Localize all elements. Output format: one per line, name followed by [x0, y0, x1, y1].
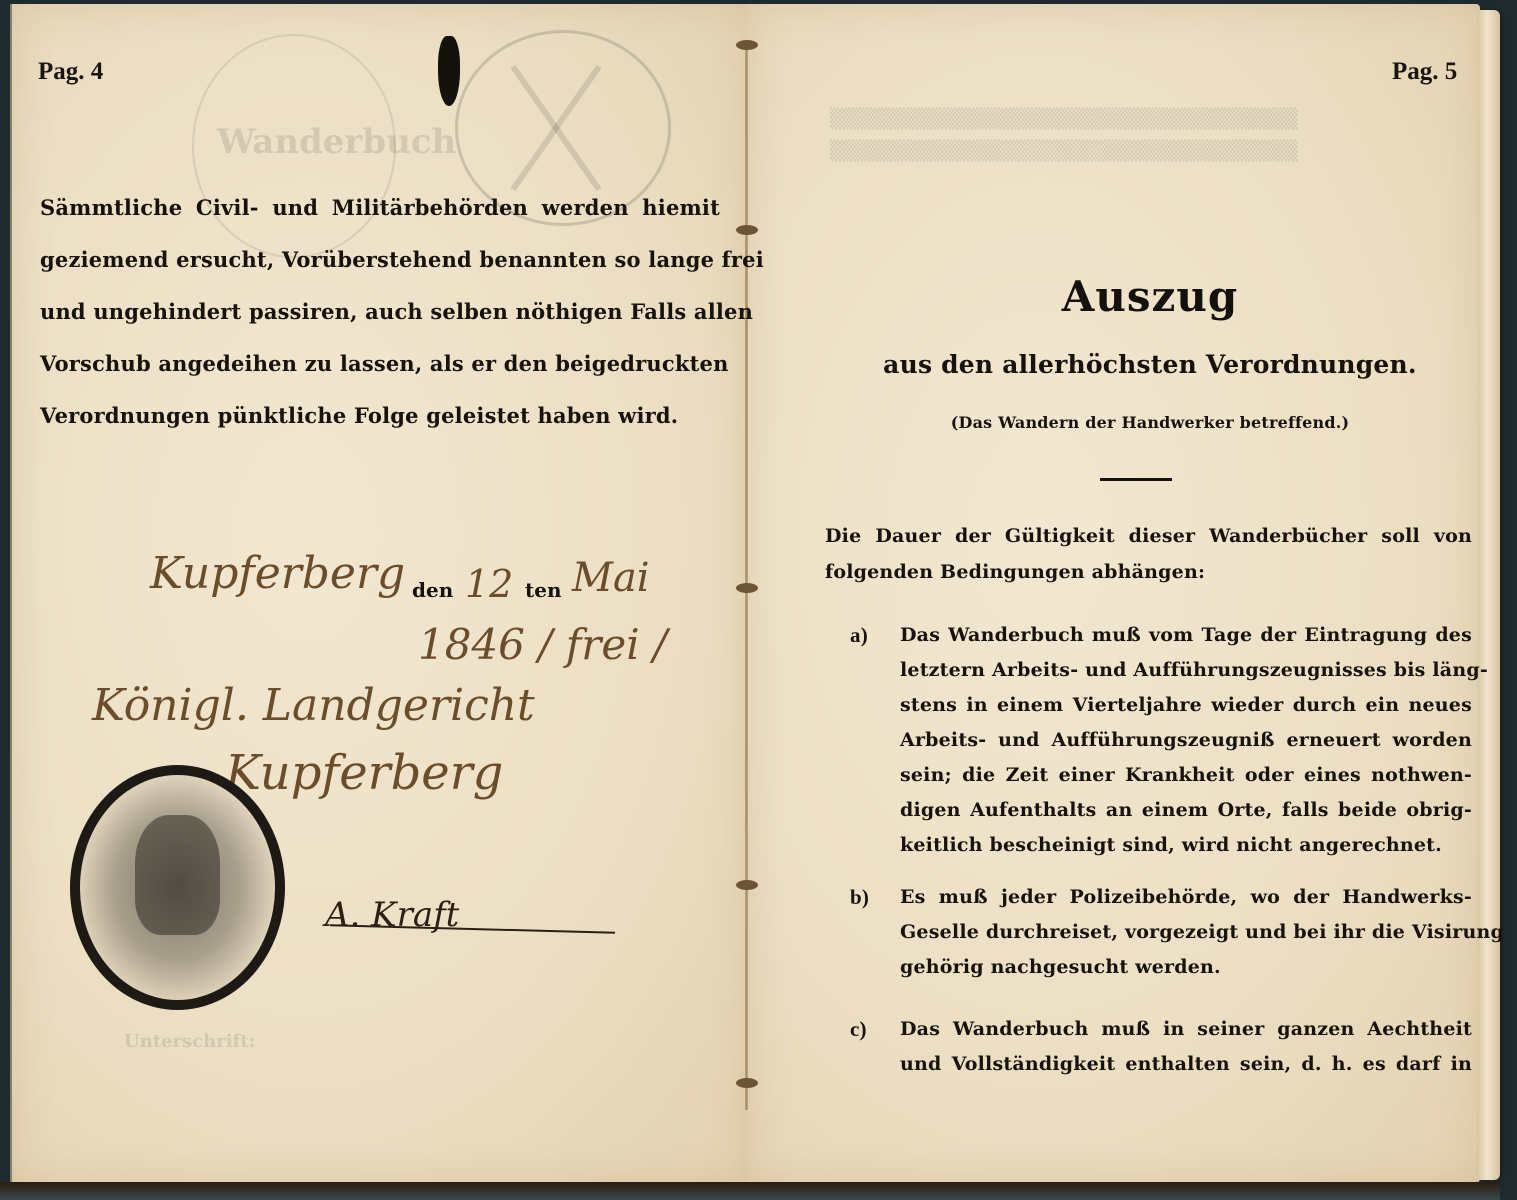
item-line: gehörig nachgesucht werden. — [900, 950, 1472, 985]
item-line: Es muß jeder Polizeibehörde, wo der Hand… — [900, 880, 1472, 915]
right-page — [747, 4, 1480, 1184]
page-number-left: Pag. 4 — [38, 58, 103, 86]
open-book-spread: Wanderbuch Unterschrift: Pag. 4 Sämmtlic… — [0, 0, 1517, 1200]
show-through-line: ▒▒▒▒▒▒▒▒▒▒▒▒▒▒▒▒▒▒▒▒▒▒▒▒▒▒▒▒▒▒▒▒ — [830, 108, 1298, 130]
item-line: letztern Arbeits- und Aufführungszeugnis… — [900, 653, 1472, 688]
show-through-text-bottom: Unterschrift: — [124, 1031, 255, 1052]
show-through-text-top: Wanderbuch — [217, 122, 456, 162]
item-line: digen Aufenthalts an einem Orte, falls b… — [900, 793, 1472, 828]
page-number-right: Pag. 5 — [1392, 58, 1457, 86]
item-line: Das Wanderbuch muß in seiner ganzen Aech… — [900, 1012, 1472, 1047]
handwritten-authority: Königl. Landgericht — [92, 680, 535, 731]
printed-den: den — [412, 578, 453, 602]
binding-stitch — [736, 1078, 758, 1088]
item-line: keitlich bescheinigt sind, wird nicht an… — [900, 828, 1472, 863]
handwritten-place: Kupferberg — [150, 548, 405, 599]
handwritten-authority-place: Kupferberg — [225, 745, 503, 801]
regulation-item-c: c) Das Wanderbuch muß in seiner ganzen A… — [850, 1012, 1472, 1087]
item-line: stens in einem Vierteljahre wieder durch… — [900, 688, 1472, 723]
item-line: Das Wanderbuch muß vom Tage der Eintragu… — [900, 618, 1472, 653]
show-through-line: ▒▒▒▒▒▒▒▒▒▒▒▒▒▒▒▒▒▒▒▒▒▒▒▒▒▒▒▒▒▒▒▒ — [830, 140, 1298, 162]
paragraph-line: und ungehindert passiren, auch selben nö… — [40, 286, 720, 338]
book-cover-edge — [0, 1182, 1500, 1200]
item-line: und Vollständigkeit enthalten sein, d. h… — [900, 1047, 1472, 1082]
binding-stitch — [736, 880, 758, 890]
item-marker: a) — [850, 618, 868, 653]
section-subtitle: aus den allerhöchsten Verordnungen. — [800, 350, 1500, 379]
page-edges — [1478, 10, 1500, 1180]
paragraph-line: Vorschub angedeihen zu lassen, als er de… — [40, 338, 720, 390]
section-note: (Das Wandern der Handwerker betreffend.) — [800, 413, 1500, 432]
item-marker: b) — [850, 880, 869, 915]
handwritten-year: 1846 / frei / — [418, 620, 667, 669]
section-title: Auszug — [800, 272, 1500, 321]
intro-line: Die Dauer der Gültigkeit dieser Wanderbü… — [825, 518, 1472, 554]
handwritten-day: 12 — [465, 562, 513, 606]
handwritten-month: Mai — [572, 555, 650, 601]
official-seal — [70, 765, 285, 1010]
paragraph-line: Verordnungen pünktliche Folge geleistet … — [40, 390, 720, 442]
intro-paragraph: Die Dauer der Gültigkeit dieser Wanderbü… — [825, 518, 1472, 590]
ink-blot — [438, 36, 460, 106]
regulation-item-a: a) Das Wanderbuch muß vom Tage der Eintr… — [850, 618, 1472, 868]
item-marker: c) — [850, 1012, 867, 1047]
binding-stitch — [736, 40, 758, 50]
binding-stitch — [736, 583, 758, 593]
paragraph-line: Sämmtliche Civil- und Militärbehörden we… — [40, 182, 720, 234]
item-line: Geselle durchreiset, vorgezeigt und bei … — [900, 915, 1472, 950]
section-divider — [1100, 478, 1172, 481]
paragraph-line: geziemend ersucht, Vorüberstehend benann… — [40, 234, 720, 286]
item-line: Arbeits- und Aufführungszeugniß erneuert… — [900, 723, 1472, 758]
binding-thread — [745, 40, 748, 1110]
regulation-item-b: b) Es muß jeder Polizeibehörde, wo der H… — [850, 880, 1472, 990]
authority-request-paragraph: Sämmtliche Civil- und Militärbehörden we… — [40, 182, 720, 442]
binding-stitch — [736, 225, 758, 235]
printed-ten: ten — [525, 578, 562, 602]
item-line: sein; die Zeit einer Krankheit oder eine… — [900, 758, 1472, 793]
intro-line: folgenden Bedingungen abhängen: — [825, 554, 1472, 590]
seal-eagle-emblem — [135, 815, 220, 935]
